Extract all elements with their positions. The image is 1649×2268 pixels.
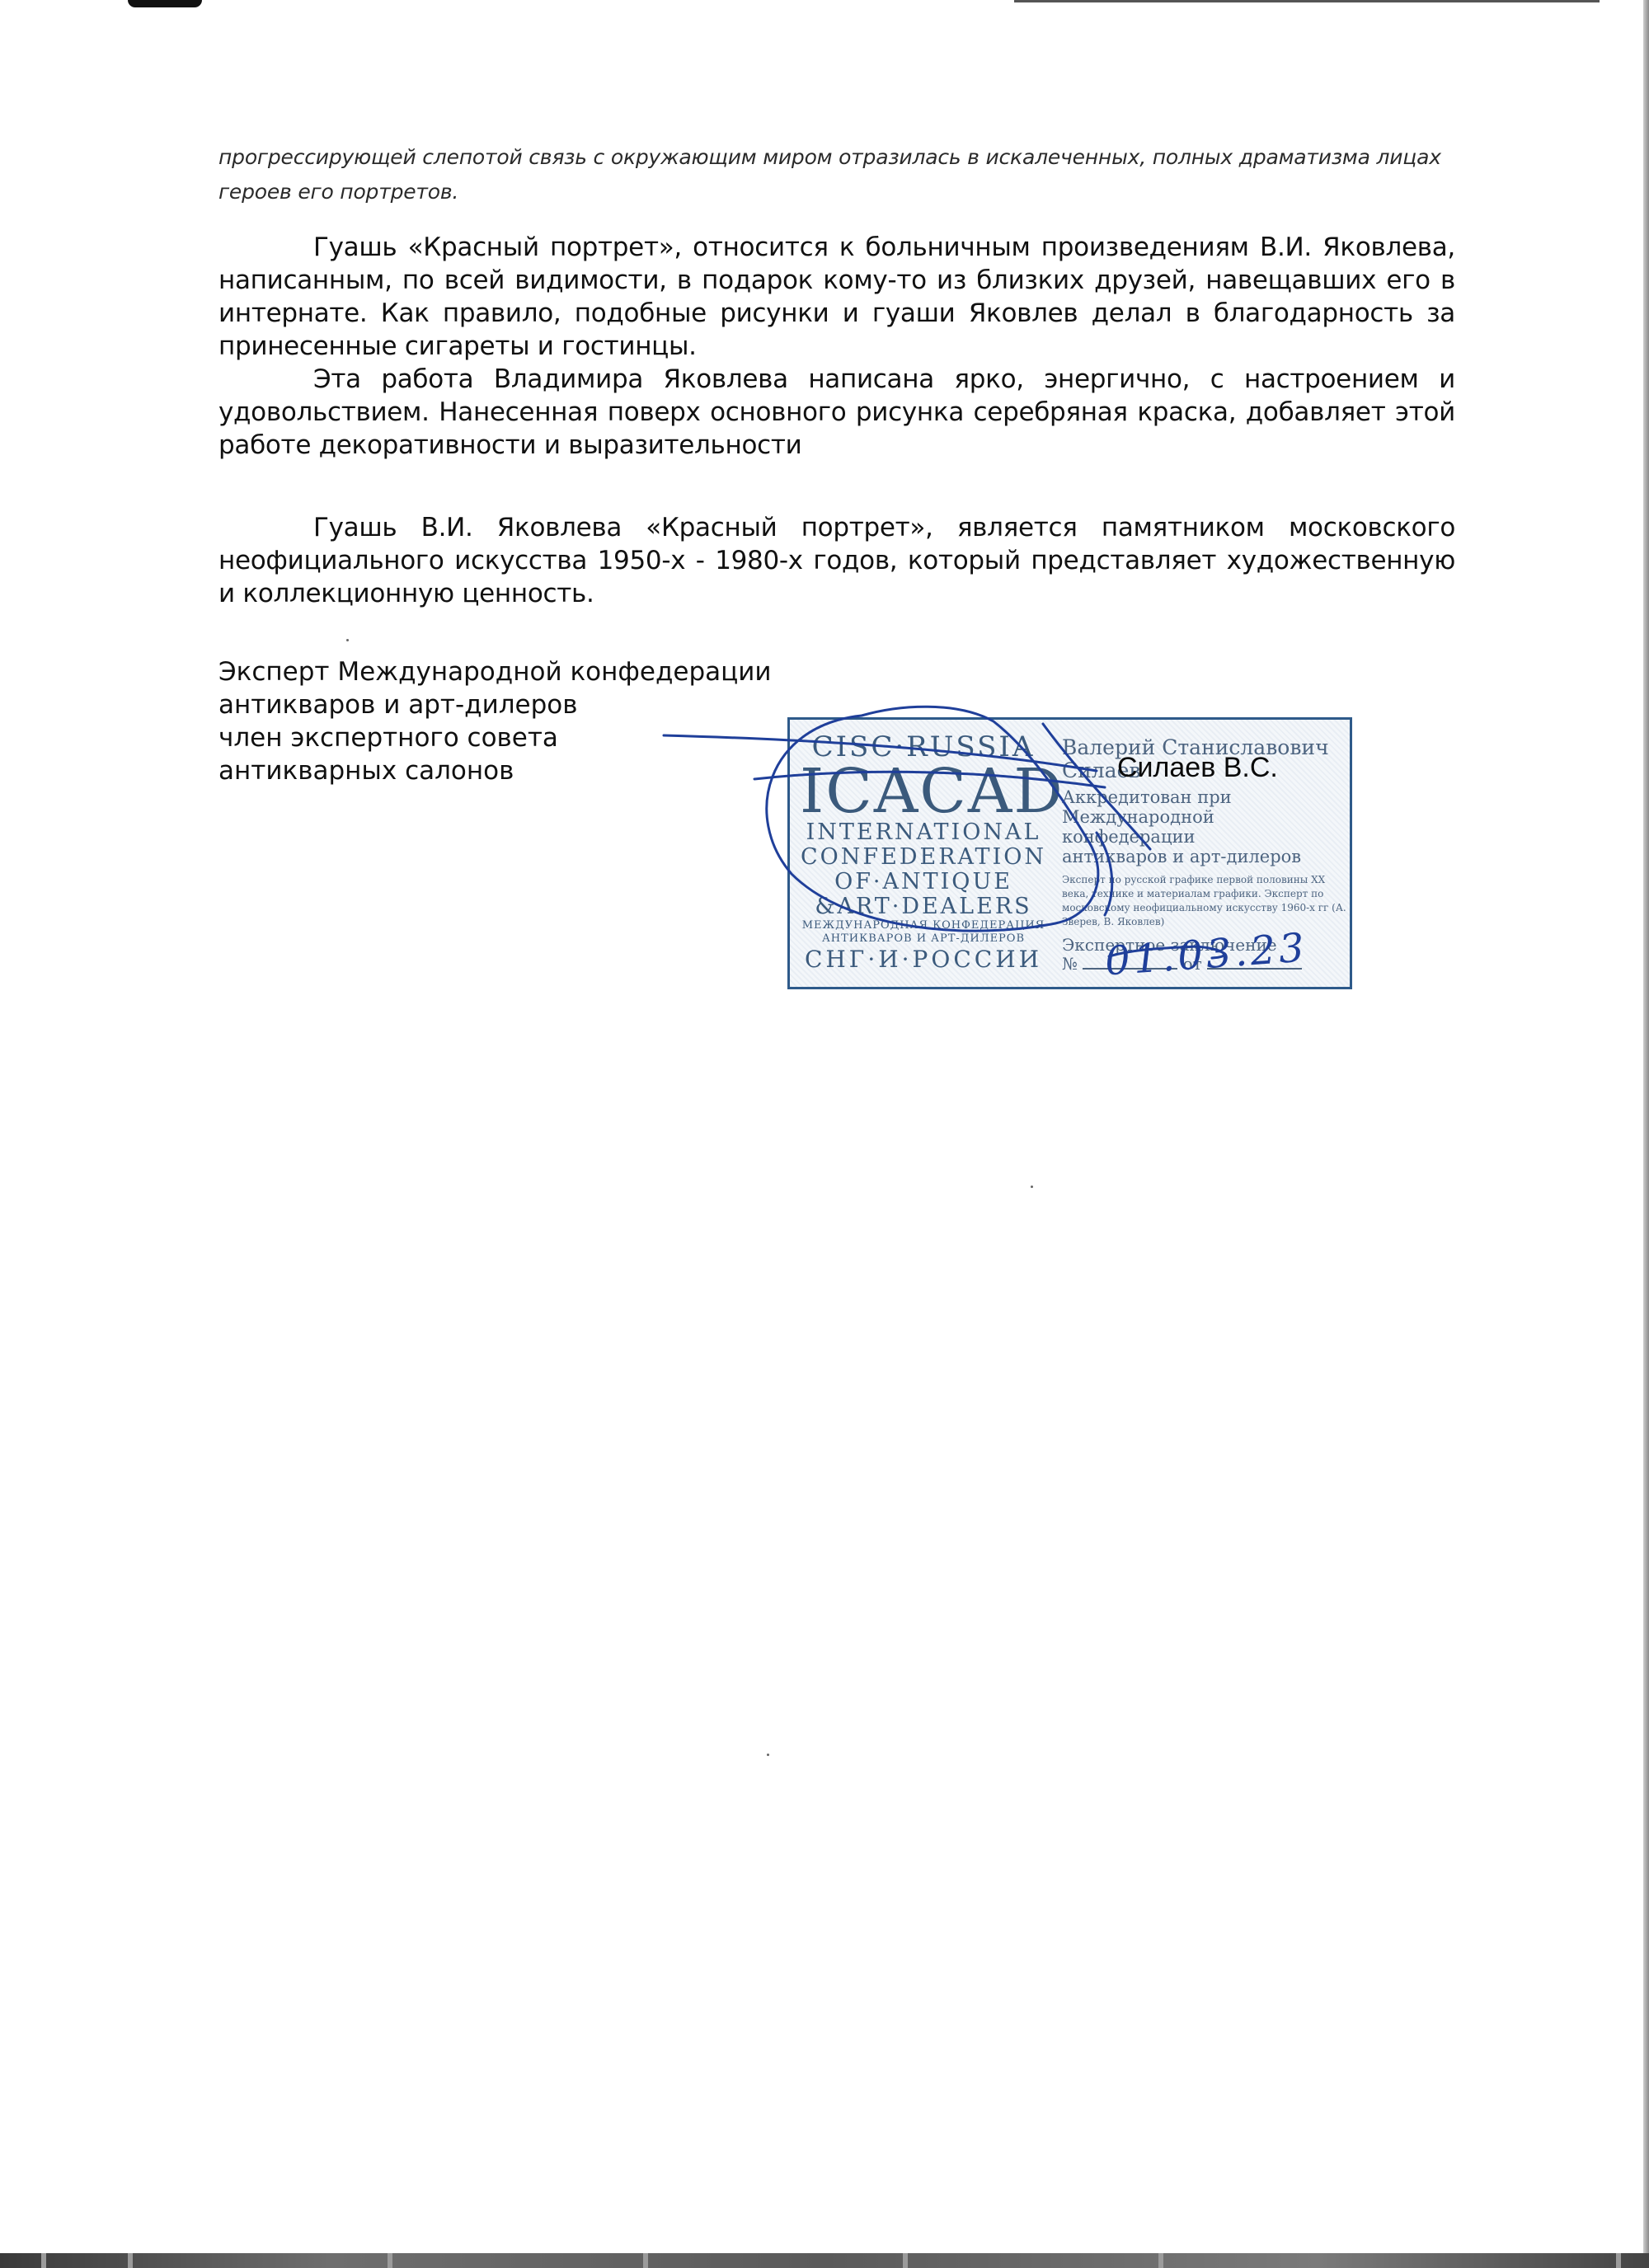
- stamp-russian-line: АНТИКВАРОВ И АРТ-ДИЛЕРОВ: [800, 932, 1047, 946]
- stamp-logo-block: CISC·RUSSIA ICACAD INTERNATIONAL CONFEDE…: [800, 731, 1047, 974]
- paragraph-hospital-works: Гуашь «Красный портрет», относится к бол…: [218, 231, 1455, 462]
- expert-title-line: антикваров и арт-дилеров: [218, 688, 772, 721]
- expert-title-line: Эксперт Международной конфедерации: [218, 655, 772, 688]
- stamp-accreditation-line: Международной конфедерации: [1062, 807, 1346, 847]
- scan-speck: [1031, 1186, 1033, 1188]
- page-top-edge: [1014, 0, 1600, 2]
- stamp-icacad: ICACAD: [800, 763, 1047, 820]
- paragraph-conclusion: Гуашь В.И. Яковлева «Красный портрет», я…: [218, 511, 1455, 610]
- expert-title-line: антикварных салонов: [218, 754, 772, 787]
- signatory-name: Силаев В.С.: [1117, 752, 1278, 784]
- stamp-org-line: &ART·DEALERS: [800, 895, 1047, 919]
- stamp-russian-line: МЕЖДУНАРОДНАЯ КОНФЕДЕРАЦИЯ: [800, 919, 1047, 932]
- scan-artifact-blob: [128, 0, 202, 7]
- paragraph-text: Гуашь В.И. Яковлева «Красный портрет», я…: [218, 511, 1455, 610]
- expert-title-line: член экспертного совета: [218, 721, 772, 754]
- stamp-org-line: CONFEDERATION: [800, 845, 1047, 870]
- paragraph-text: Эта работа Владимира Яковлева написана я…: [218, 363, 1455, 462]
- expert-title-block: Эксперт Международной конфедерации антик…: [218, 655, 772, 787]
- stamp-org-line: INTERNATIONAL: [800, 820, 1047, 845]
- scan-speck: [346, 639, 349, 641]
- scan-speck: [767, 1754, 769, 1756]
- stamp-org-line: OF·ANTIQUE: [800, 870, 1047, 895]
- stamp-cis-russia: СНГ·И·РОССИИ: [800, 946, 1047, 974]
- stamp-accreditation-line: Аккредитован при: [1062, 787, 1346, 807]
- scanner-bottom-edge: [0, 2253, 1649, 2268]
- stamp-accreditation-line: антикваров и арт-дилеров: [1062, 847, 1346, 866]
- page-right-edge: [1643, 0, 1649, 2268]
- stamp-specialty: Эксперт по русской графике первой полови…: [1062, 873, 1346, 929]
- paragraph-text: Гуашь «Красный портрет», относится к бол…: [218, 231, 1455, 363]
- stamp-number-label: №: [1062, 954, 1078, 974]
- intro-fragment: прогрессирующей слепотой связь с окружаю…: [218, 140, 1455, 209]
- stamp-accreditation: Аккредитован при Международной конфедера…: [1062, 787, 1346, 866]
